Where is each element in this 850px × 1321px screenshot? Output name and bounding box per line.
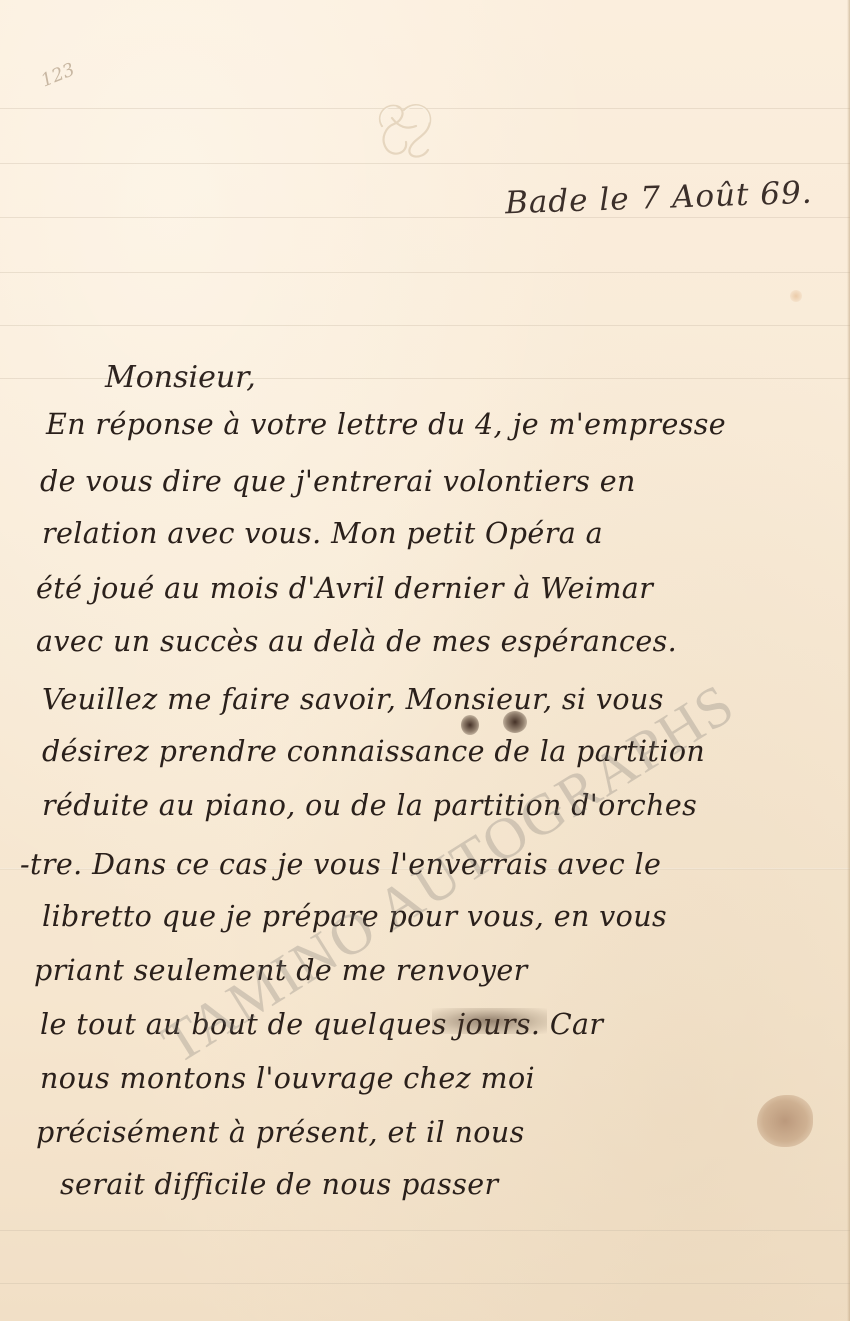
letter-line: relation avec vous. Mon petit Opéra a	[42, 517, 603, 550]
ruled-line	[0, 325, 850, 326]
ruled-line	[0, 272, 850, 273]
ruled-line	[0, 163, 850, 164]
water-stain	[757, 1095, 813, 1147]
letter-line: serait difficile de nous passer	[60, 1168, 499, 1201]
letter-line: avec un succès au delà de mes espérances…	[36, 625, 677, 658]
letter-line: -tre. Dans ce cas je vous l'enverrais av…	[20, 848, 661, 881]
ink-smudge	[432, 1008, 547, 1034]
ink-blot	[503, 711, 527, 733]
letter-dateline: Bade le 7 Août 69.	[504, 175, 813, 222]
archive-number: 123	[38, 59, 78, 91]
letter-line: été joué au mois d'Avril dernier à Weima…	[36, 572, 653, 605]
letter-line: de vous dire que j'entrerai volontiers e…	[40, 465, 636, 498]
embossed-monogram-icon	[370, 96, 438, 162]
letter-page: 123 Bade le 7 Août 69. Monsieur, En répo…	[0, 0, 850, 1321]
ruled-line	[0, 217, 850, 218]
ruled-line	[0, 1230, 850, 1231]
letter-line: désirez prendre connaissance de la parti…	[42, 735, 705, 768]
ruled-line	[0, 1283, 850, 1284]
letter-line: nous montons l'ouvrage chez moi	[40, 1062, 535, 1095]
ink-blot	[461, 715, 479, 735]
letter-salutation: Monsieur,	[105, 360, 256, 395]
letter-line: précisément à présent, et il nous	[36, 1116, 525, 1149]
letter-line: libretto que je prépare pour vous, en vo…	[42, 900, 667, 933]
letter-line: réduite au piano, ou de la partition d'o…	[42, 789, 697, 822]
letter-line: En réponse à votre lettre du 4, je m'emp…	[46, 408, 726, 441]
foxing-spot	[790, 290, 802, 302]
letter-line: priant seulement de me renvoyer	[34, 954, 528, 987]
letter-line: Veuillez me faire savoir, Monsieur, si v…	[42, 683, 664, 716]
